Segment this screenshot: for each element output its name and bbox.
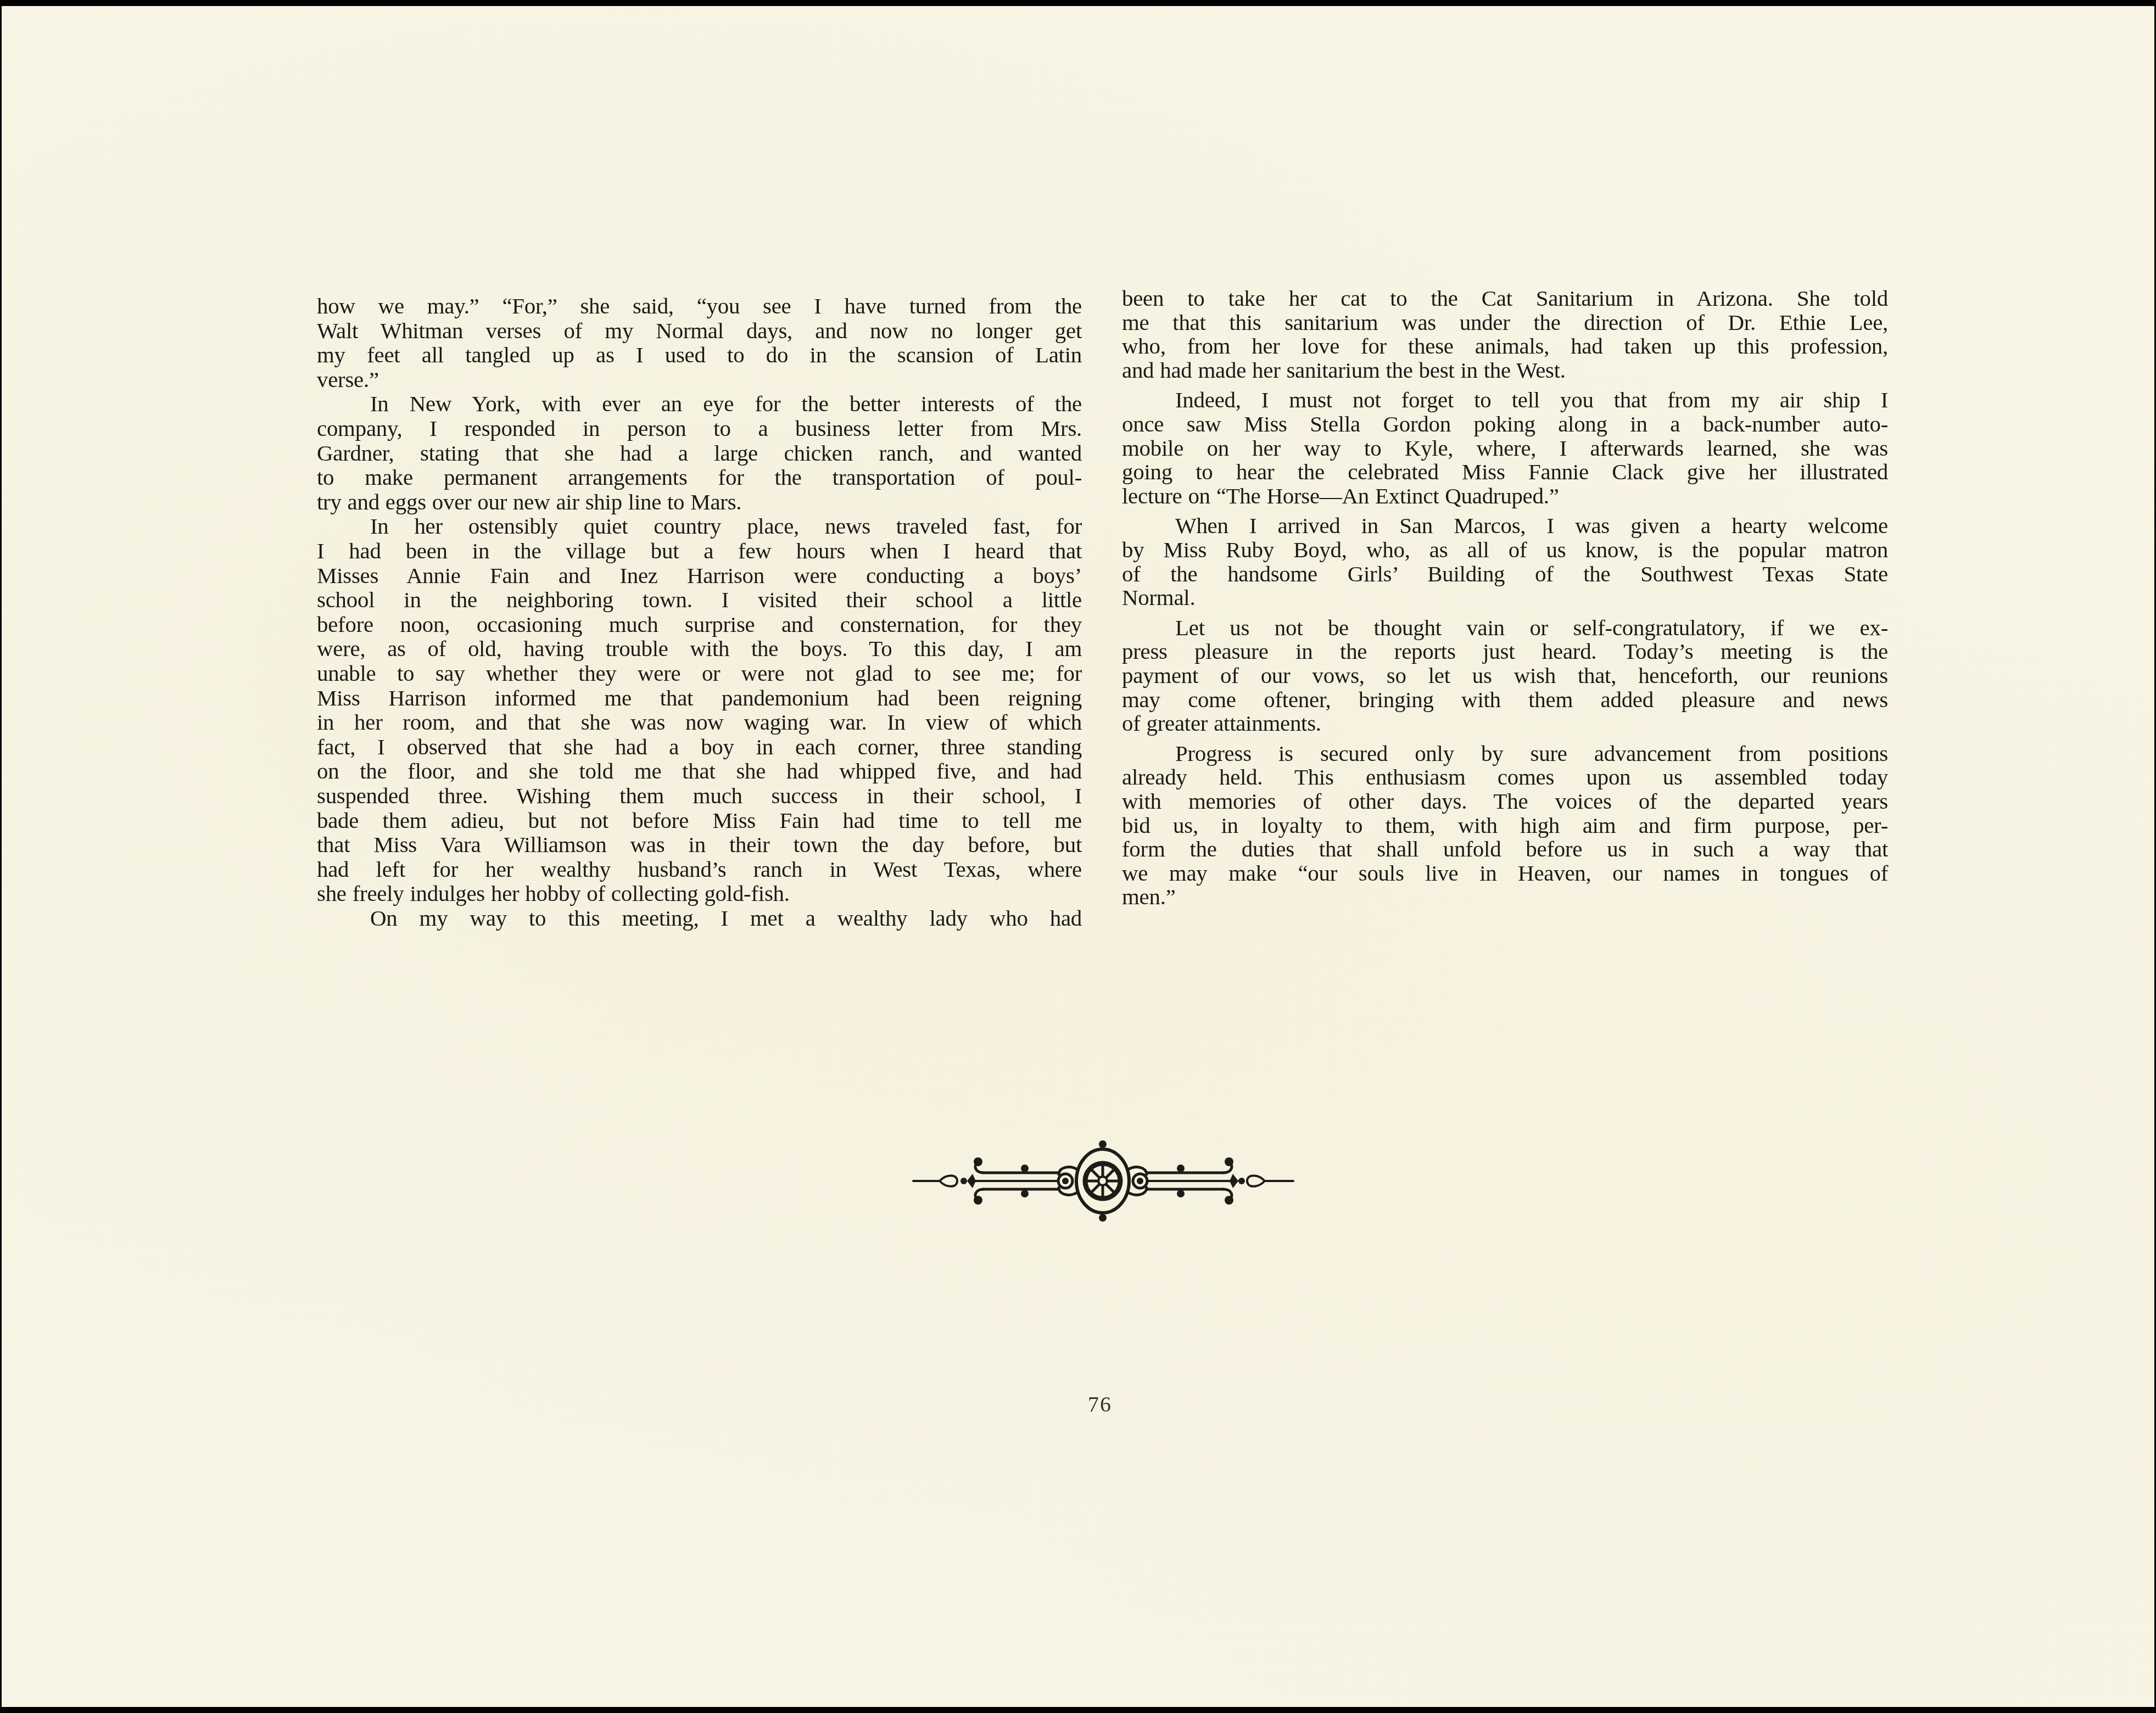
text-line: suspended three. Wishing them much succe… — [317, 783, 1082, 808]
text-line: payment of our vows, so let us wish that… — [1122, 663, 1888, 688]
text-line: I had been in the village but a few hour… — [317, 538, 1082, 563]
text-line: company, I responded in person to a busi… — [317, 416, 1082, 441]
text-line: press pleasure in the reports just heard… — [1122, 639, 1888, 664]
text-line: Gardner, stating that she had a large ch… — [317, 440, 1082, 466]
text-line: verse.” — [317, 367, 1082, 392]
paragraph-first-line: Progress is secured only by sure advance… — [1122, 741, 1888, 766]
text-line: of greater attainments. — [1122, 710, 1888, 736]
text-line: may come oftener, bringing with them add… — [1122, 687, 1888, 712]
text-line: mobile on her way to Kyle, where, I afte… — [1122, 435, 1888, 461]
text-line: form the duties that shall unfold before… — [1122, 836, 1888, 861]
paragraph-first-line: When I arrived in San Marcos, I was give… — [1122, 513, 1888, 538]
text-line: men.” — [1122, 884, 1888, 909]
text-line: me that this sanitarium was under the di… — [1122, 310, 1888, 335]
text-line: had left for her wealthy husband’s ranch… — [317, 857, 1082, 882]
paragraph-first-line: Let us not be thought vain or self-congr… — [1122, 615, 1888, 640]
paragraph-first-line: In New York, with ever an eye for the be… — [317, 391, 1082, 416]
text-line: lecture on “The Horse—An Extinct Quadrup… — [1122, 483, 1888, 508]
text-line: bade them adieu, but not before Miss Fai… — [317, 808, 1082, 833]
text-line: who, from her love for these animals, ha… — [1122, 333, 1888, 359]
text-line: in her room, and that she was now waging… — [317, 709, 1082, 735]
text-line: how we may.” “For,” she said, “you see I… — [317, 293, 1082, 318]
text-line: try and eggs over our new air ship line … — [317, 489, 1082, 514]
text-line: bid us, in loyalty to them, with high ai… — [1122, 813, 1888, 838]
text-line: my feet all tangled up as I used to do i… — [317, 342, 1082, 367]
text-line: going to hear the celebrated Miss Fannie… — [1122, 459, 1888, 484]
text-line: Miss Harrison informed me that pandemoni… — [317, 685, 1082, 710]
text-line: unable to say whether they were or were … — [317, 660, 1082, 686]
text-line: with memories of other days. The voices … — [1122, 788, 1888, 814]
text-line: on the floor, and she told me that she h… — [317, 758, 1082, 783]
text-line: once saw Miss Stella Gordon poking along… — [1122, 411, 1888, 436]
page-number: 76 — [1067, 1391, 1133, 1417]
text-line: been to take her cat to the Cat Sanitari… — [1122, 285, 1888, 311]
text-line: we may make “our souls live in Heaven, o… — [1122, 860, 1888, 886]
text-line: school in the neighboring town. I visite… — [317, 587, 1082, 612]
book-page: how we may.” “For,” she said, “you see I… — [2, 6, 2154, 1707]
text-line: of the handsome Girls’ Building of the S… — [1122, 561, 1888, 586]
text-line: fact, I observed that she had a boy in e… — [317, 734, 1082, 759]
text-line: to make permanent arrangements for the t… — [317, 464, 1082, 490]
paragraph-first-line: In her ostensibly quiet country place, n… — [317, 513, 1082, 539]
paragraph-first-line: On my way to this meeting, I met a wealt… — [317, 905, 1082, 931]
text-line: already held. This enthusiasm comes upon… — [1122, 764, 1888, 790]
decorative-scroll-ornament-icon — [902, 1140, 1303, 1222]
paragraph-first-line: Indeed, I must not forget to tell you th… — [1122, 387, 1888, 412]
text-line: she freely indulges her hobby of collect… — [317, 881, 1082, 906]
text-line: Normal. — [1122, 585, 1888, 610]
text-line: Walt Whitman verses of my Normal days, a… — [317, 318, 1082, 343]
text-line: and had made her sanitarium the best in … — [1122, 357, 1888, 383]
text-line: Misses Annie Fain and Inez Harrison were… — [317, 563, 1082, 588]
text-line: by Miss Ruby Boyd, who, as all of us kno… — [1122, 537, 1888, 562]
text-line: were, as of old, having trouble with the… — [317, 636, 1082, 661]
text-line: before noon, occasioning much surprise a… — [317, 612, 1082, 637]
text-line: that Miss Vara Williamson was in their t… — [317, 832, 1082, 857]
